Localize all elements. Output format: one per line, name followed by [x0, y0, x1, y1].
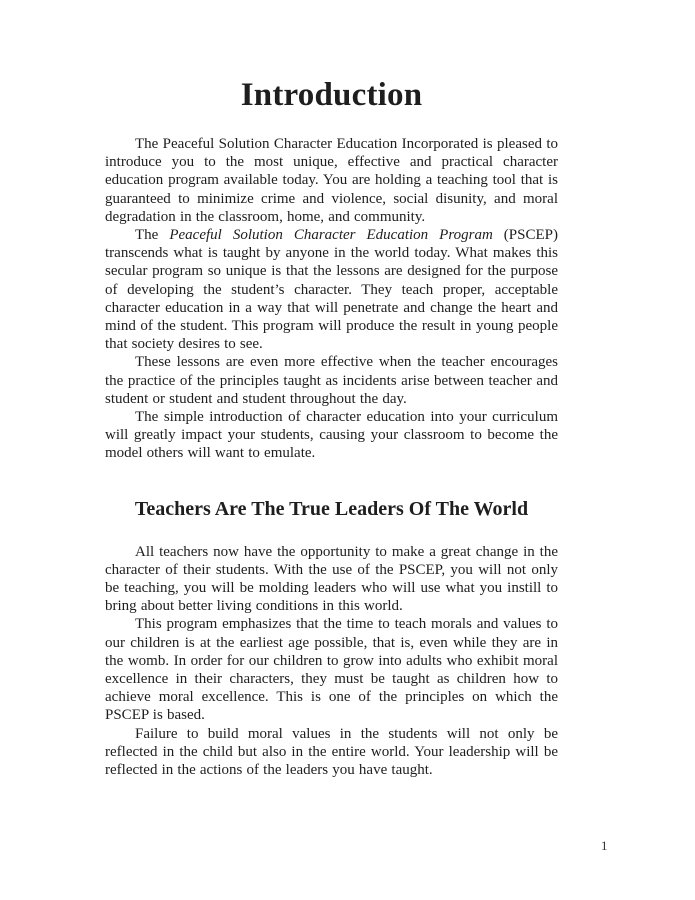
page-title: Introduction	[105, 76, 558, 114]
section-paragraph-2: This program emphasizes that the time to…	[105, 615, 558, 724]
page-number: 1	[601, 838, 608, 854]
program-name-italic: Peaceful Solution Character Education Pr…	[169, 227, 492, 243]
section-paragraph-3: Failure to build moral values in the stu…	[105, 725, 558, 780]
intro-paragraph-2: The Peaceful Solution Character Educatio…	[105, 226, 558, 353]
page-content: Introduction The Peaceful Solution Chara…	[105, 76, 558, 779]
section-paragraph-1: All teachers now have the opportunity to…	[105, 543, 558, 616]
intro-paragraph-2-prefix: The	[135, 227, 169, 243]
book-page: Introduction The Peaceful Solution Chara…	[0, 0, 695, 900]
intro-paragraph-4: The simple introduction of character edu…	[105, 408, 558, 463]
intro-paragraph-1: The Peaceful Solution Character Educatio…	[105, 135, 558, 226]
section-heading: Teachers Are The True Leaders Of The Wor…	[105, 497, 558, 521]
intro-paragraph-3: These lessons are even more effective wh…	[105, 353, 558, 408]
intro-paragraph-2-suffix: (PSCEP) transcends what is taught by any…	[105, 227, 558, 352]
